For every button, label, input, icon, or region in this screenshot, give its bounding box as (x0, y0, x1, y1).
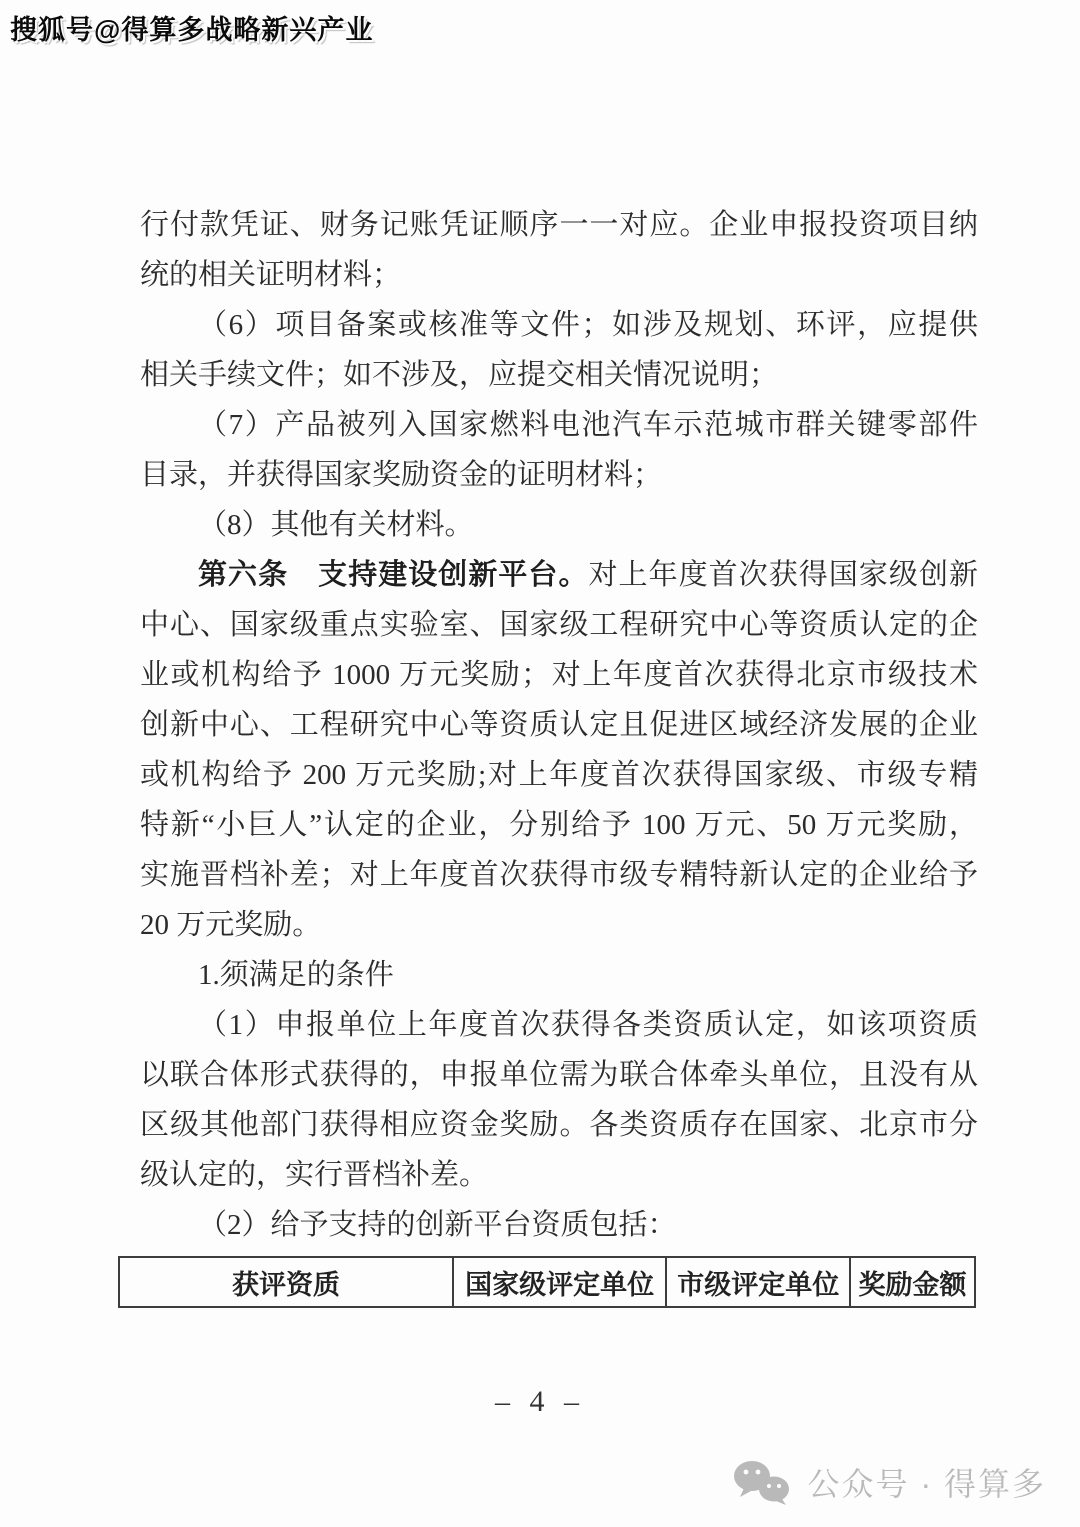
document-body: 行付款凭证、财务记账凭证顺序一一对应。企业申报投资项目纳 统的相关证明材料； （… (140, 200, 978, 1250)
article-heading-bold: 第六条 支持建设创新平台。 (198, 559, 589, 591)
text-line: 实施晋档补差；对上年度首次获得市级专精特新认定的企业给予 (140, 850, 978, 900)
table-header-qualification: 获评资质 (120, 1258, 454, 1306)
text-line: （6）项目备案或核准等文件；如涉及规划、环评，应提供 (140, 300, 978, 350)
article-heading-rest: 对上年度首次获得国家级创新 (589, 559, 978, 591)
document-page: 搜狐号@得算多战略新兴产业 行付款凭证、财务记账凭证顺序一一对应。企业申报投资项… (0, 0, 1080, 1527)
text-line: 行付款凭证、财务记账凭证顺序一一对应。企业申报投资项目纳 (140, 200, 978, 250)
text-line: 20 万元奖励。 (140, 900, 978, 950)
top-watermark: 搜狐号@得算多战略新兴产业 (10, 8, 373, 47)
page-number: – 4 – (0, 1385, 1080, 1419)
bottom-watermark: 公众号 · 得算多 (730, 1458, 1046, 1506)
text-line: （8）其他有关材料。 (140, 500, 978, 550)
text-line: 区级其他部门获得相应资金奖励。各类资质存在国家、北京市分 (140, 1100, 978, 1150)
text-line: 1.须满足的条件 (140, 950, 978, 1000)
text-line: （2）给予支持的创新平台资质包括： (140, 1200, 978, 1250)
text-line: （1）申报单位上年度首次获得各类资质认定，如该项资质 (140, 1000, 978, 1050)
text-line: 目录，并获得国家奖励资金的证明材料； (140, 450, 978, 500)
qualification-table-header: 获评资质 国家级评定单位 市级评定单位 奖励金额 (118, 1256, 976, 1308)
text-line: （7）产品被列入国家燃料电池汽车示范城市群关键零部件 (140, 400, 978, 450)
text-line: 以联合体形式获得的，申报单位需为联合体牵头单位，且没有从 (140, 1050, 978, 1100)
text-line: 特新“小巨人”认定的企业，分别给予 100 万元、50 万元奖励， (140, 800, 978, 850)
text-line: 业或机构给予 1000 万元奖励；对上年度首次获得北京市级技术 (140, 650, 978, 700)
text-line-article-heading: 第六条 支持建设创新平台。对上年度首次获得国家级创新 (140, 550, 978, 600)
bottom-watermark-text: 公众号 · 得算多 (808, 1459, 1046, 1505)
text-line: 级认定的，实行晋档补差。 (140, 1150, 978, 1200)
table-header-reward-amount: 奖励金额 (851, 1258, 974, 1306)
text-line: 或机构给予 200 万元奖励;对上年度首次获得国家级、市级专精 (140, 750, 978, 800)
table-header-municipal-unit: 市级评定单位 (667, 1258, 851, 1306)
text-line: 相关手续文件；如不涉及，应提交相关情况说明； (140, 350, 978, 400)
wechat-icon (730, 1458, 794, 1506)
table-header-national-unit: 国家级评定单位 (454, 1258, 668, 1306)
text-line: 创新中心、工程研究中心等资质认定且促进区域经济发展的企业 (140, 700, 978, 750)
text-line: 统的相关证明材料； (140, 250, 978, 300)
text-line: 中心、国家级重点实验室、国家级工程研究中心等资质认定的企 (140, 600, 978, 650)
